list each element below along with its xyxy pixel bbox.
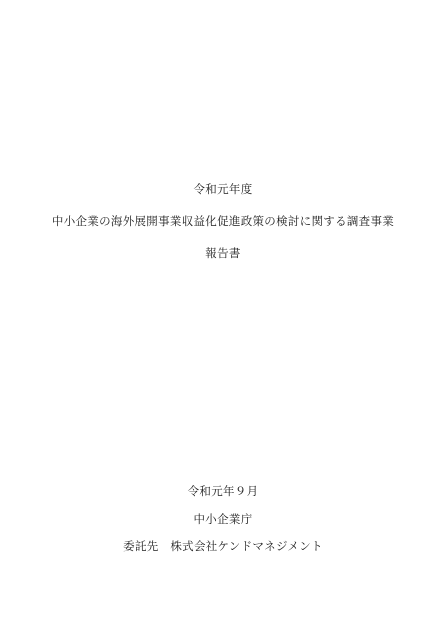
publication-date: 令和元年９月 <box>0 485 446 499</box>
fiscal-year-label: 令和元年度 <box>0 183 446 197</box>
publishing-agency: 中小企業庁 <box>0 513 446 527</box>
report-cover-page: 令和元年度 中小企業の海外展開事業収益化促進政策の検討に関する調査事業 報告書 … <box>0 0 446 630</box>
report-title: 中小企業の海外展開事業収益化促進政策の検討に関する調査事業 <box>0 215 446 229</box>
contractor-credit: 委託先 株式会社ケンドマネジメント <box>0 540 446 554</box>
document-type-label: 報告書 <box>0 247 446 261</box>
